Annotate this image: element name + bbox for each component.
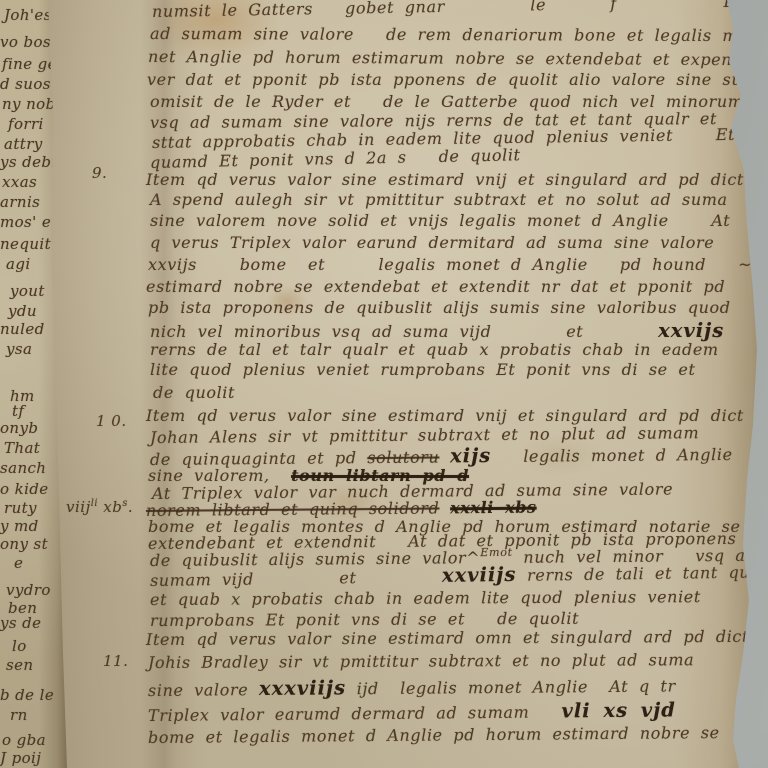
manuscript-line: q verus Triplex valor earund dermitard a…: [150, 233, 714, 252]
manuscript-text-segment: Emot: [480, 546, 513, 559]
manuscript-text-segment: sine valorem nove solid et vnijs legalis…: [150, 211, 730, 230]
manuscript-line: ad sumam sine valore de rem denariorum b…: [150, 24, 748, 45]
manuscript-text-segment: [439, 498, 450, 517]
manuscript-line: numsit le Gatters gobet gnar le f E: [152, 0, 736, 21]
manuscript-text-segment: sumam vijd et: [150, 567, 442, 590]
manuscript-text-segment: xxxli xbs: [450, 498, 537, 518]
manuscript-text-segment: rerns de tali et tant qualr: [516, 562, 768, 585]
manuscript-line: Item qd verus valor sine estimard vnij e…: [146, 406, 744, 425]
manuscript-text-segment: vli xs vjd: [561, 698, 676, 722]
manuscript-line: pb ista proponens de quibuslit alijs sum…: [148, 298, 731, 317]
manuscript-text-segment: et: [491, 322, 658, 341]
manuscript-line: Johis Bradley sir vt pmittitur subtraxt …: [148, 650, 694, 672]
manuscript-text-segment: pb ista proponens de quibuslit alijs sum…: [148, 298, 731, 317]
manuscript-line: xxvijs bome et legalis monet d Anglie pd…: [148, 255, 752, 274]
margin-article-number: 1 0.: [96, 412, 127, 430]
manuscript-line: nich vel minoribus vsq ad suma vijd et x…: [150, 319, 724, 342]
leaf-text-fragment: ys de: [0, 614, 41, 632]
leaf-text-fragment: onyb: [0, 419, 38, 437]
leaf-text-fragment: arnis: [0, 193, 40, 211]
leaf-text-fragment: lo: [12, 637, 27, 655]
leaf-text-fragment: vydro: [6, 581, 51, 599]
leaf-text-fragment: fine ge: [2, 55, 57, 73]
margin-mark-text: 11.: [103, 652, 128, 670]
manuscript-line: Triplex valor earumd dermard ad sumam vl…: [148, 698, 676, 726]
manuscript-text-segment: Item qd verus valor sine estimard omn et…: [146, 627, 749, 649]
margin-article-number: 9.: [92, 164, 107, 182]
leaf-text-fragment: nequitr: [0, 235, 59, 253]
manuscript-text-segment: omisit de le Ryder et de le Gatterbe quo…: [150, 92, 744, 111]
manuscript-text-segment: Triplex valor earumd dermard ad sumam: [148, 702, 562, 725]
manuscript-text-segment: xxvijs: [658, 319, 724, 342]
manuscript-line: omisit de le Ryder et de le Gatterbe quo…: [150, 92, 744, 111]
manuscript-line: net Anglie pd horum estimarum nobre se e…: [148, 47, 756, 69]
manuscript-text-segment: bome et legalis monet d Anglie pd horum …: [148, 723, 720, 747]
leaf-text-fragment: d suos: [0, 75, 51, 93]
leaf-text-fragment: o kide: [0, 480, 49, 498]
leaf-text-fragment: sanch: [0, 459, 46, 477]
manuscript-text-segment: et quab x probatis chab in eadem lite qu…: [150, 587, 701, 609]
manuscript-text-segment: nich vel minoribus vsq ad suma vijd: [150, 322, 491, 341]
manuscript-text-segment: net Anglie pd horum estimarum nobre se e…: [148, 47, 756, 69]
leaf-text-fragment: ony st: [0, 535, 48, 553]
leaf-text-fragment: tf: [12, 402, 24, 420]
manuscript-line: sine valore xxxviijs ijd legalis monet A…: [148, 673, 676, 701]
manuscript-text-segment: Item qd verus valor sine estimard vnij e…: [146, 170, 768, 189]
manuscript-text-segment: [439, 447, 450, 466]
manuscript-text-segment: ijd legalis monet Anglie At q tr: [346, 676, 676, 698]
manuscript-line: A spend aulegh sir vt pmittitur subtraxt…: [150, 190, 728, 209]
leaf-text-fragment: ruty: [4, 499, 37, 517]
leaf-text-fragment: That: [4, 439, 40, 457]
manuscript-text-segment: de quolit: [153, 383, 235, 402]
margin-article-number: 11.: [103, 652, 128, 670]
leaf-text-fragment: agi: [6, 255, 31, 273]
leaf-text-fragment: mos' et: [0, 213, 58, 231]
manuscript-text-segment: ver dat et pponit pb ista pponens de quo…: [147, 70, 768, 89]
leaf-text-fragment: sen: [6, 656, 33, 674]
manuscript-line: Item qd verus valor sine estimard omn et…: [146, 627, 749, 649]
leaf-text-fragment: J poij: [0, 749, 41, 767]
manuscript-text-segment: Johis Bradley sir vt pmittitur subtraxt …: [148, 650, 694, 672]
manuscript-text-segment: xijs: [450, 444, 491, 467]
manuscript-text-segment: estimard nobre se extendebat et extendit…: [146, 277, 725, 296]
margin-price-note: viijli xbs.: [66, 498, 133, 516]
margin-mark-text: viij: [66, 498, 91, 516]
margin-mark-text: li: [91, 498, 98, 509]
manuscript-line: rerns de tal et talr qualr et quab x pro…: [150, 340, 719, 359]
manuscript-text-segment: xxvijs bome et legalis monet d Anglie pd…: [148, 255, 752, 274]
margin-mark-text: 1 0.: [96, 412, 127, 430]
manuscript-text-segment: xxviijs: [442, 563, 517, 587]
leaf-text-fragment: y md: [0, 517, 39, 535]
leaf-text-fragment: forri: [8, 115, 44, 133]
manuscript-text-segment: rumprobans Et ponit vns di se et de quol…: [150, 609, 579, 630]
manuscript-text-segment: Item qd verus valor sine estimard vnij e…: [146, 406, 744, 425]
manuscript-text-segment: A spend aulegh sir vt pmittitur subtraxt…: [150, 190, 728, 209]
leaf-text-fragment: b de le: [0, 686, 54, 704]
manuscript-line: Item qd verus valor sine estimard vnij e…: [146, 170, 768, 189]
leaf-text-fragment: o gba: [2, 731, 46, 749]
leaf-text-fragment: e: [14, 554, 23, 572]
leaf-text-fragment: rn: [10, 706, 28, 724]
manuscript-text-segment: xxxviijs: [259, 676, 346, 700]
leaf-text-fragment: ny nob: [2, 95, 56, 113]
manuscript-line: de quolit: [153, 383, 235, 402]
manuscript-line: rumprobans Et ponit vns di se et de quol…: [150, 609, 579, 630]
manuscript-text-segment: sine valore: [148, 680, 259, 700]
manuscript-line: bome et legalis monet d Anglie pd horum …: [148, 723, 720, 747]
manuscript-text-segment: ad sumam sine valore de rem denariorum b…: [150, 24, 748, 45]
manuscript-line: sine valorem nove solid et vnijs legalis…: [150, 211, 730, 230]
leaf-text-fragment: vo bos: [0, 33, 51, 51]
leaf-text-fragment: ysa: [6, 340, 32, 358]
leaf-text-fragment: xxas: [2, 173, 37, 191]
leaf-text-fragment: attry: [4, 135, 43, 153]
leaf-text-fragment: nuled: [0, 320, 45, 338]
leaf-text-fragment: Joh'es: [4, 6, 52, 24]
leaf-text-fragment: ydu: [8, 302, 37, 320]
manuscript-photo: numsit le Gatters gobet gnar le f Ead su…: [0, 0, 768, 768]
manuscript-line: lite quod plenius veniet rumprobans Et p…: [150, 360, 695, 379]
manuscript-text-segment: numsit le Gatters gobet gnar le f E: [152, 0, 736, 21]
leaf-text-fragment: yout: [10, 282, 45, 300]
margin-mark-text: xb: [98, 498, 122, 516]
manuscript-text-segment: rerns de tal et talr qualr et quab x pro…: [150, 340, 719, 359]
manuscript-line: ver dat et pponit pb ista pponens de quo…: [147, 70, 768, 89]
margin-mark-text: .: [128, 498, 133, 516]
manuscript-page: numsit le Gatters gobet gnar le f Ead su…: [0, 0, 768, 768]
manuscript-text-segment: legalis monet d Anglie: [491, 445, 733, 466]
manuscript-text-segment: lite quod plenius veniet rumprobans Et p…: [150, 360, 695, 379]
manuscript-line: estimard nobre se extendebat et extendit…: [146, 277, 725, 296]
manuscript-text-segment: q verus Triplex valor earund dermitard a…: [150, 233, 714, 252]
manuscript-text-segment: solutoru: [367, 447, 439, 467]
manuscript-line: et quab x probatis chab in eadem lite qu…: [150, 587, 701, 609]
margin-mark-text: 9.: [92, 164, 107, 182]
